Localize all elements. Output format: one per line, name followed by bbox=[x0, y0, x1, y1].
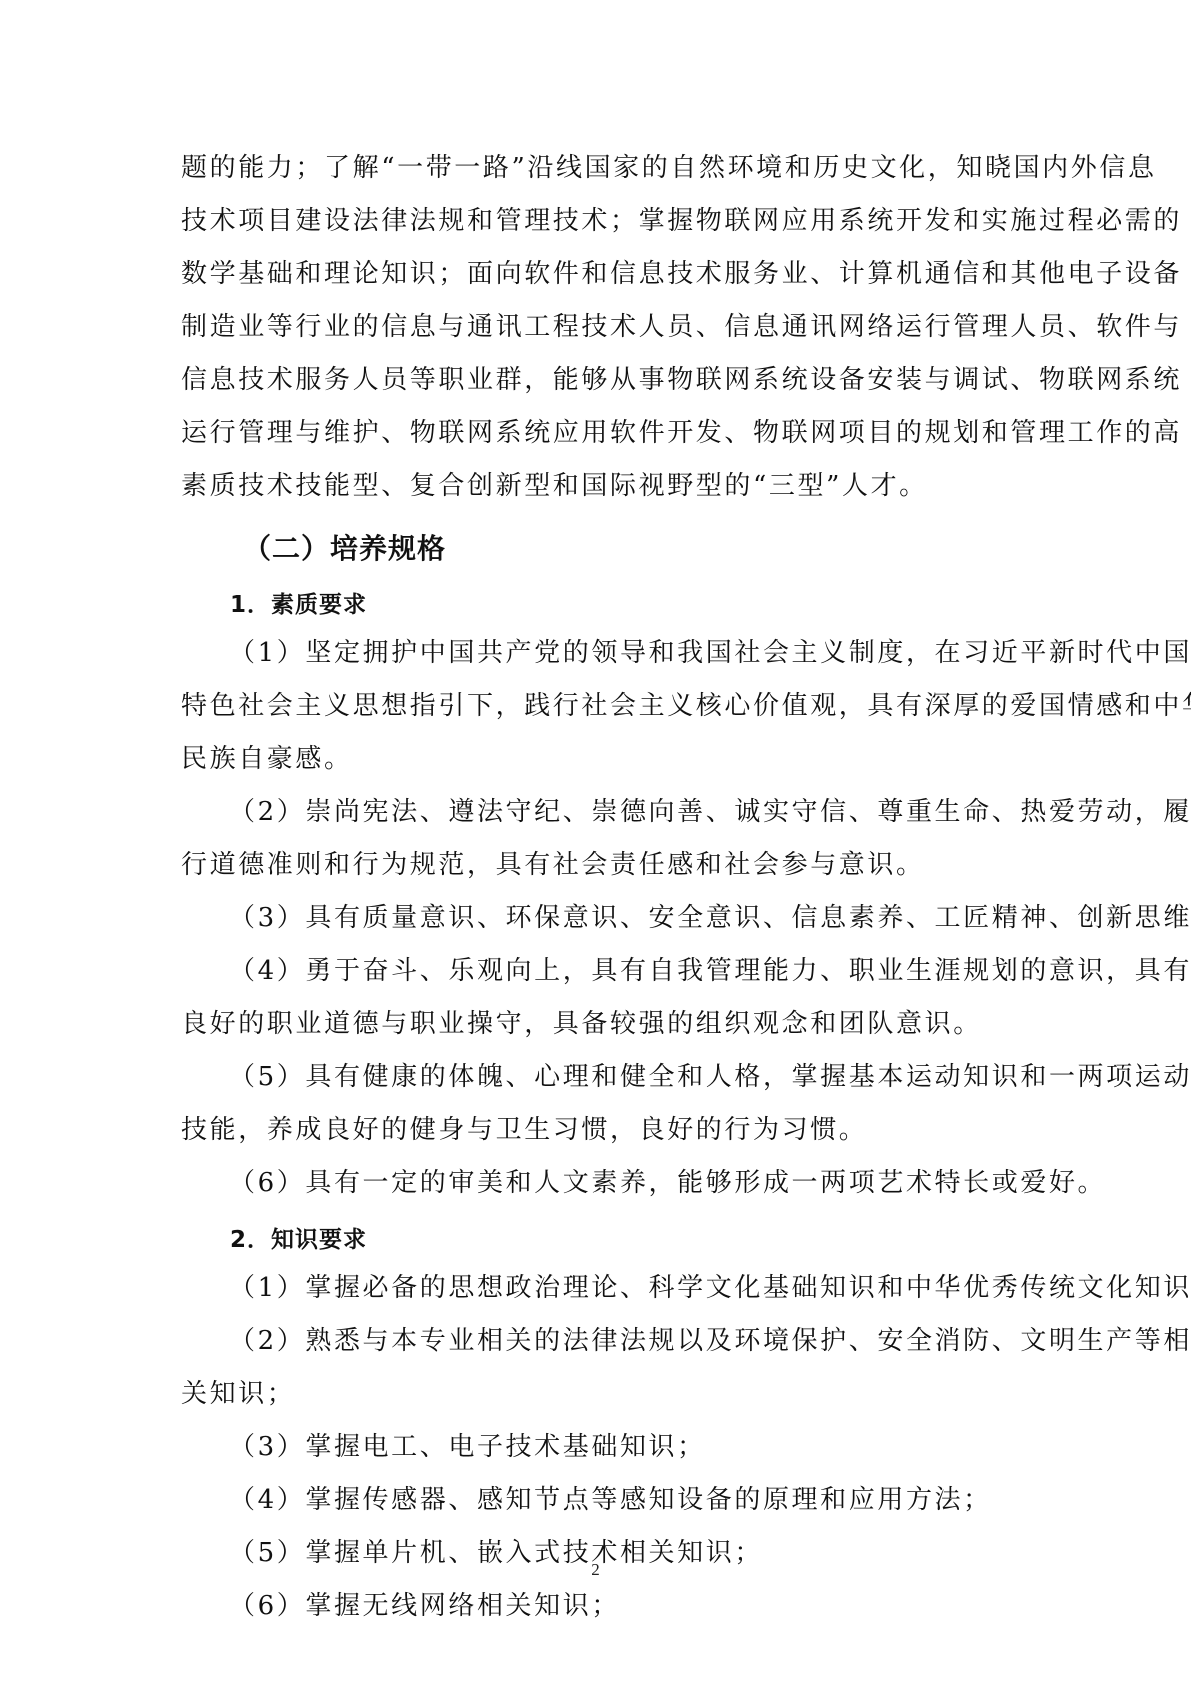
item-line: 良好的职业道德与职业操守，具备较强的组织观念和团队意识。 bbox=[181, 1002, 1009, 1055]
paragraph-line: 技术项目建设法律法规和管理技术；掌握物联网应用系统开发和实施过程必需的 bbox=[181, 199, 1009, 252]
paragraph-line: 信息技术服务人员等职业群，能够从事物联网系统设备安装与调试、物联网系统 bbox=[181, 358, 1009, 411]
list-item: （1）掌握必备的思想政治理论、科学文化基础知识和中华优秀传统文化知识； bbox=[181, 1266, 1009, 1319]
item-line: （6）具有一定的审美和人文素养，能够形成一两项艺术特长或爱好。 bbox=[181, 1161, 1009, 1214]
item-line: （5）具有健康的体魄、心理和健全和人格，掌握基本运动知识和一两项运动 bbox=[181, 1055, 1009, 1108]
item-line: （3）具有质量意识、环保意识、安全意识、信息素养、工匠精神、创新思维。 bbox=[181, 896, 1009, 949]
list-item: （3）具有质量意识、环保意识、安全意识、信息素养、工匠精神、创新思维。 bbox=[181, 896, 1009, 949]
list-item: （5）具有健康的体魄、心理和健全和人格，掌握基本运动知识和一两项运动 技能，养成… bbox=[181, 1055, 1009, 1161]
paragraph-line: 制造业等行业的信息与通讯工程技术人员、信息通讯网络运行管理人员、软件与 bbox=[181, 305, 1009, 358]
list-item: （6）具有一定的审美和人文素养，能够形成一两项艺术特长或爱好。 bbox=[181, 1161, 1009, 1214]
section-heading: （二）培养规格 bbox=[181, 517, 1009, 579]
document-page: 题的能力；了解“一带一路”沿线国家的自然环境和历史文化，知晓国内外信息 技术项目… bbox=[0, 0, 1191, 1684]
list-item: （1）坚定拥护中国共产党的领导和我国社会主义制度，在习近平新时代中国 特色社会主… bbox=[181, 631, 1009, 790]
page-content: 题的能力；了解“一带一路”沿线国家的自然环境和历史文化，知晓国内外信息 技术项目… bbox=[181, 146, 1009, 1637]
item-line: （1）掌握必备的思想政治理论、科学文化基础知识和中华优秀传统文化知识； bbox=[181, 1266, 1009, 1319]
list-item: （2）崇尚宪法、遵法守纪、崇德向善、诚实守信、尊重生命、热爱劳动，履 行道德准则… bbox=[181, 790, 1009, 896]
item-line: 特色社会主义思想指引下，践行社会主义核心价值观，具有深厚的爱国情感和中华 bbox=[181, 684, 1009, 737]
item-line: （1）坚定拥护中国共产党的领导和我国社会主义制度，在习近平新时代中国 bbox=[181, 631, 1009, 684]
list-item: （4）掌握传感器、感知节点等感知设备的原理和应用方法； bbox=[181, 1478, 1009, 1531]
list-item: （3）掌握电工、电子技术基础知识； bbox=[181, 1425, 1009, 1478]
paragraph-line: 运行管理与维护、物联网系统应用软件开发、物联网项目的规划和管理工作的高 bbox=[181, 411, 1009, 464]
paragraph-line: 素质技术技能型、复合创新型和国际视野型的“三型”人才。 bbox=[181, 464, 1009, 517]
item-line: 关知识； bbox=[181, 1372, 1009, 1425]
paragraph-line: 题的能力；了解“一带一路”沿线国家的自然环境和历史文化，知晓国内外信息 bbox=[181, 146, 1009, 199]
item-line: 民族自豪感。 bbox=[181, 737, 1009, 790]
item-line: （4）掌握传感器、感知节点等感知设备的原理和应用方法； bbox=[181, 1478, 1009, 1531]
subsection-heading: 1．素质要求 bbox=[181, 579, 1009, 631]
item-line: （2）熟悉与本专业相关的法律法规以及环境保护、安全消防、文明生产等相 bbox=[181, 1319, 1009, 1372]
item-line: （4）勇于奋斗、乐观向上，具有自我管理能力、职业生涯规划的意识，具有 bbox=[181, 949, 1009, 1002]
item-line: （2）崇尚宪法、遵法守纪、崇德向善、诚实守信、尊重生命、热爱劳动，履 bbox=[181, 790, 1009, 843]
subsection-heading: 2．知识要求 bbox=[181, 1214, 1009, 1266]
item-line: （6）掌握无线网络相关知识； bbox=[181, 1584, 1009, 1637]
subsection-quality-requirements: 1．素质要求 （1）坚定拥护中国共产党的领导和我国社会主义制度，在习近平新时代中… bbox=[181, 579, 1009, 1214]
list-item: （6）掌握无线网络相关知识； bbox=[181, 1584, 1009, 1637]
list-item: （2）熟悉与本专业相关的法律法规以及环境保护、安全消防、文明生产等相 关知识； bbox=[181, 1319, 1009, 1425]
item-line: 行道德准则和行为规范，具有社会责任感和社会参与意识。 bbox=[181, 843, 1009, 896]
item-line: （3）掌握电工、电子技术基础知识； bbox=[181, 1425, 1009, 1478]
intro-paragraph: 题的能力；了解“一带一路”沿线国家的自然环境和历史文化，知晓国内外信息 技术项目… bbox=[181, 146, 1009, 517]
paragraph-line: 数学基础和理论知识；面向软件和信息技术服务业、计算机通信和其他电子设备 bbox=[181, 252, 1009, 305]
item-line: 技能，养成良好的健身与卫生习惯，良好的行为习惯。 bbox=[181, 1108, 1009, 1161]
list-item: （4）勇于奋斗、乐观向上，具有自我管理能力、职业生涯规划的意识，具有 良好的职业… bbox=[181, 949, 1009, 1055]
page-number: 2 bbox=[0, 1560, 1191, 1580]
